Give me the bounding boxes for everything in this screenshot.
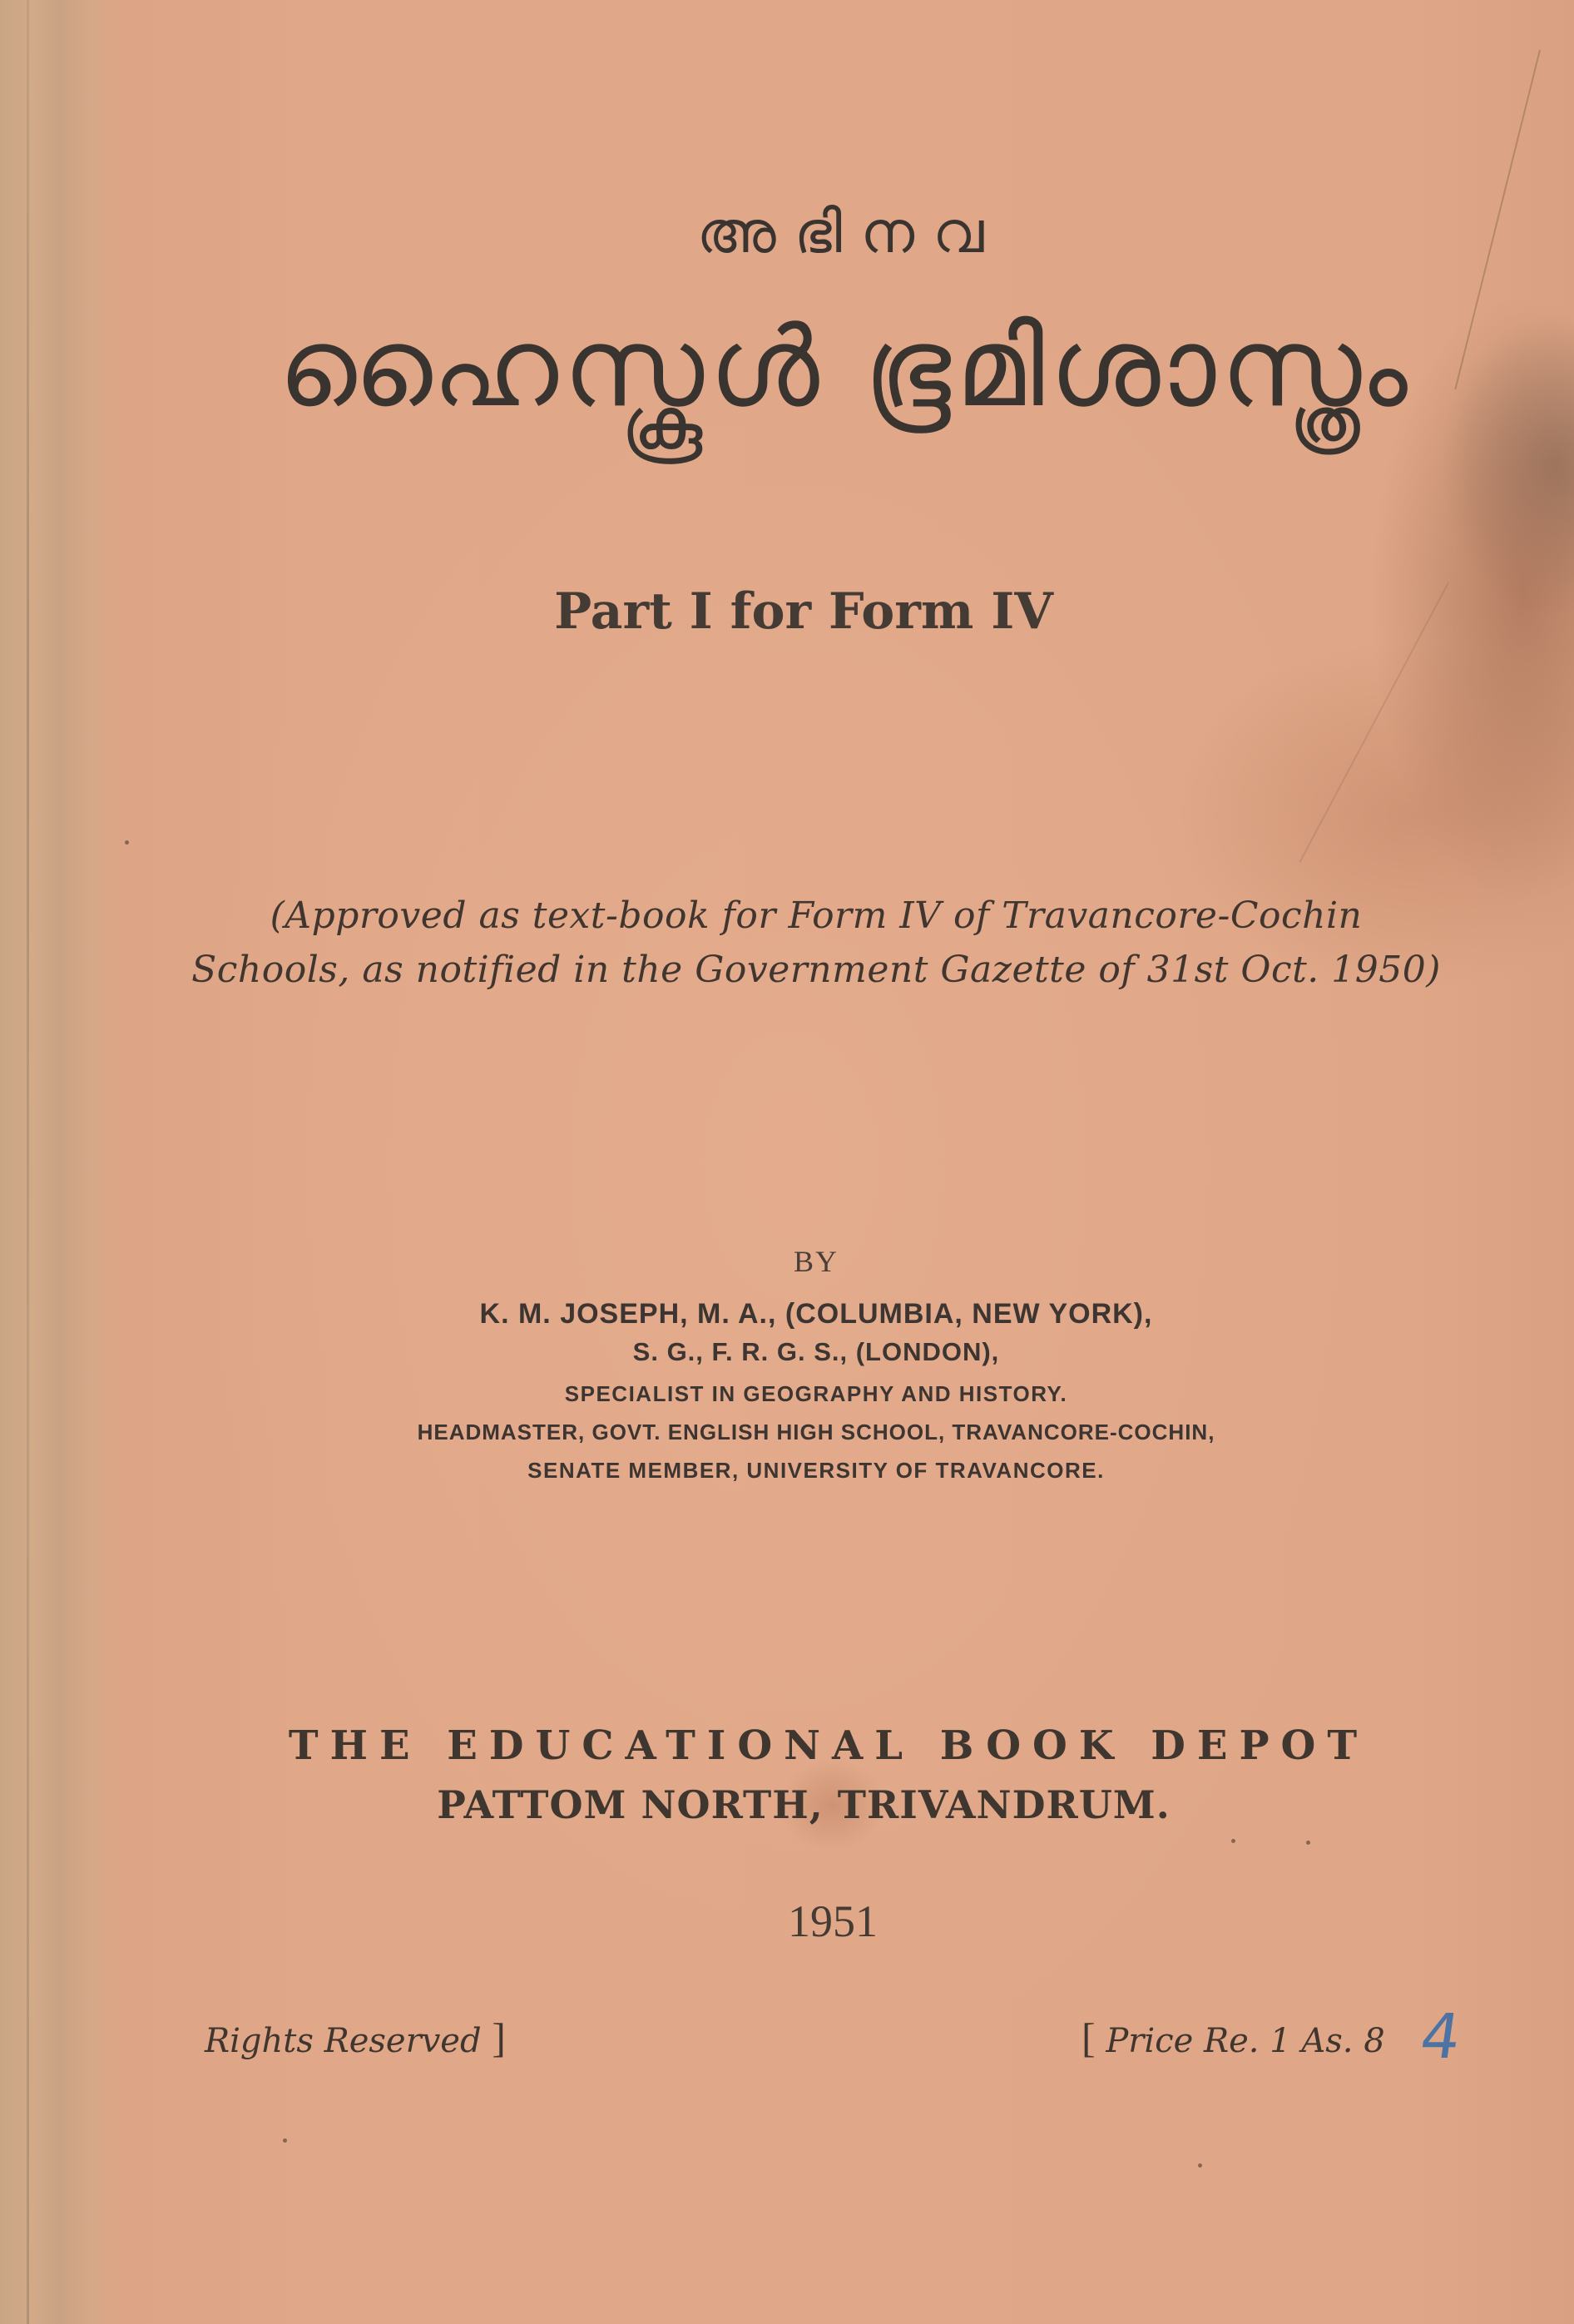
publisher-name: THE EDUCATIONAL BOOK DEPOT: [0, 1722, 1574, 1769]
rights-reserved-notice: Rights Reserved ]: [205, 2014, 506, 2062]
author-specialty-line: SPECIALIST IN GEOGRAPHY AND HISTORY.: [0, 1381, 1574, 1407]
malayalam-title-line-2: ഹൈസ്കൂൾ ഭൂമിശാസ്ത്രം: [0, 304, 1574, 434]
author-position-line: HEADMASTER, GOVT. ENGLISH HIGH SCHOOL, T…: [0, 1420, 1574, 1445]
author-name-line: K. M. JOSEPH, M. A., (COLUMBIA, NEW YORK…: [0, 1298, 1574, 1330]
price-notice: [ Price Re. 1 As. 8: [1082, 2014, 1385, 2062]
publisher-address: PATTOM NORTH, TRIVANDRUM.: [0, 1782, 1574, 1827]
closing-bracket: ]: [492, 2014, 506, 2061]
subtitle-part-form: Part I for Form IV: [0, 582, 1574, 641]
approval-note-line-1: (Approved as text-book for Form IV of Tr…: [0, 894, 1574, 937]
price-text: Price Re. 1 As. 8: [1106, 2022, 1384, 2060]
opening-bracket: [: [1082, 2014, 1096, 2061]
approval-note-line-2: Schools, as notified in the Government G…: [0, 949, 1574, 991]
paper-speck: [283, 2138, 287, 2143]
paper-speck: [125, 840, 129, 845]
malayalam-title-line-1: അഭിനവ: [0, 198, 1574, 267]
by-label: BY: [0, 1244, 1574, 1279]
author-credentials-line: S. G., F. R. G. S., (LONDON),: [0, 1337, 1574, 1367]
paper-speck: [1306, 1841, 1310, 1845]
paper-speck: [1231, 1839, 1235, 1843]
rights-reserved-text: Rights Reserved: [205, 2022, 482, 2060]
publication-year: 1951: [0, 1895, 1574, 1947]
author-senate-line: SENATE MEMBER, UNIVERSITY OF TRAVANCORE.: [0, 1458, 1574, 1484]
paper-speck: [1198, 2163, 1202, 2168]
